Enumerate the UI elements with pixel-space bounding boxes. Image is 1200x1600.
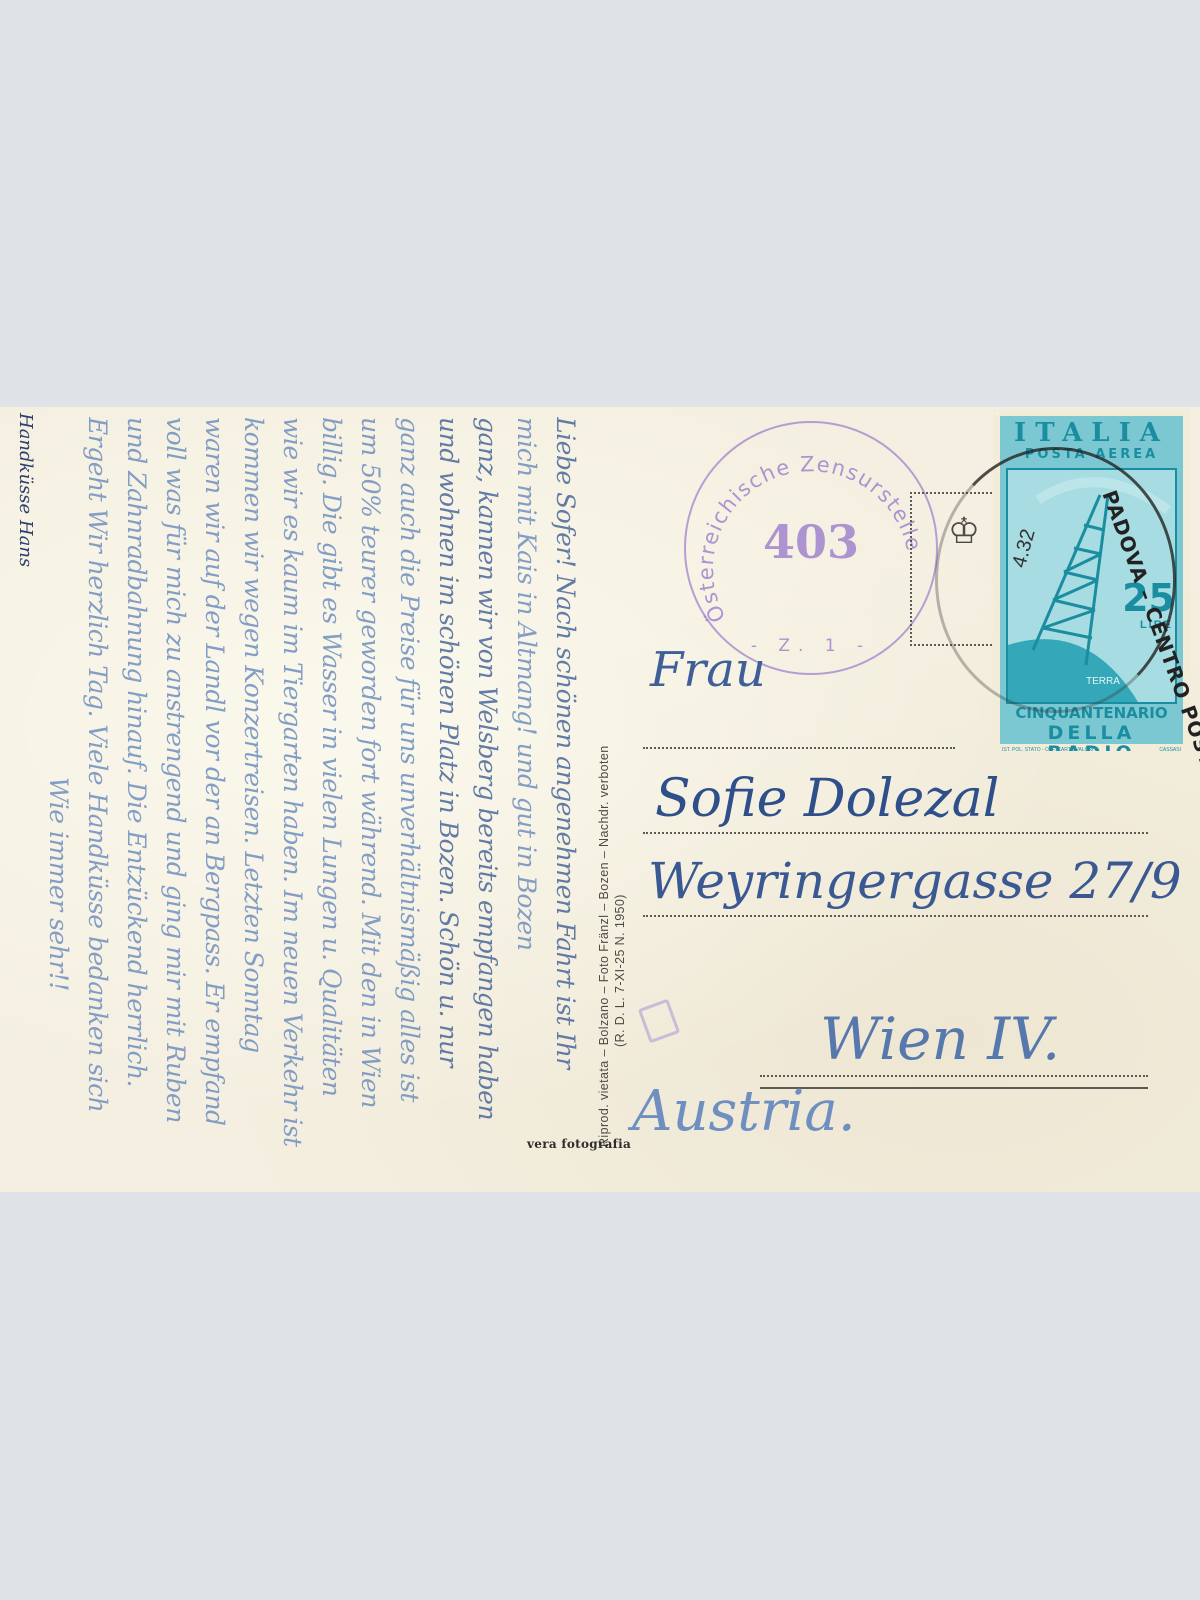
address-street: Weyringergasse 27/9 — [648, 852, 1182, 910]
message-line: waren wir auf der Landl vor der an Bergp… — [195, 417, 234, 1177]
imprint-line-2: (R. D. L. 7-XI-25 N. 1950) — [612, 745, 628, 1147]
message-line: um 50% teurer geworden fort während. Mit… — [351, 417, 390, 1177]
address-line-1 — [643, 747, 955, 749]
message-line: mich mit Kais in Altmang! und gut in Boz… — [507, 417, 546, 1177]
handwritten-message: Liebe Sofer! Nach schönen angenehmen Fah… — [5, 417, 585, 1177]
signature: Handküsse Hans — [15, 413, 36, 567]
message-line: ganz, kannen wir von Welsberg bereits em… — [468, 417, 507, 1177]
stamp-title: CINQUANTENARIO DELLA RADIO — [1000, 703, 1183, 763]
message-line: Ergeht Wir herzlich Tag. Viele Handküsse… — [78, 417, 117, 1177]
address-line-2 — [643, 832, 1148, 834]
publisher-imprint: Riprod. vietata – Bolzano – Foto Fränzl … — [596, 745, 628, 1147]
message-line: Wie immer sehr!! — [39, 417, 78, 1177]
address-line-3 — [643, 915, 1148, 917]
message-line: und Zahnradbahnung hinauf. Die Entzücken… — [117, 417, 156, 1177]
address-city: Wien IV. — [820, 1005, 1060, 1073]
message-line: voll was für mich zu anstrengend und gin… — [156, 417, 195, 1177]
message-line: billig. Die gibt es Wasser in vielen Lun… — [312, 417, 351, 1177]
censor-stamp: Österreichische Zensurstelle 403 - Z. 1 … — [684, 421, 938, 675]
postcard-back: Liebe Sofer! Nach schönen angenehmen Fah… — [0, 407, 1200, 1192]
stamp-printer: IST. POL. STATO - OFF. CARTE VALORI CASS… — [1002, 747, 1181, 753]
censor-number: 403 — [686, 515, 936, 569]
stamp-country: ITALIA — [1000, 418, 1183, 448]
address-country: Austria. — [632, 1079, 856, 1144]
imprint-line-1: Riprod. vietata – Bolzano – Foto Fränzl … — [596, 745, 612, 1147]
message-line: ganz auch die Preise für uns unverhältni… — [390, 417, 429, 1177]
imprint-footer: vera fotografia — [527, 1137, 631, 1151]
message-line: Liebe Sofer! Nach schönen angenehmen Fah… — [546, 417, 585, 1177]
message-line: wie wir es kaum im Tiergarten haben. Im … — [273, 417, 312, 1177]
address-salutation: Frau — [650, 642, 766, 698]
address-line-4 — [760, 1075, 1148, 1077]
address-name: Sofie Dolezal — [655, 769, 999, 829]
message-line: und wohnen im schönen Platz in Bozen. Sc… — [429, 417, 468, 1177]
message-line: kommen wir wegen Konzertreisen. Letzten … — [234, 417, 273, 1177]
small-censor-mark — [638, 999, 680, 1044]
